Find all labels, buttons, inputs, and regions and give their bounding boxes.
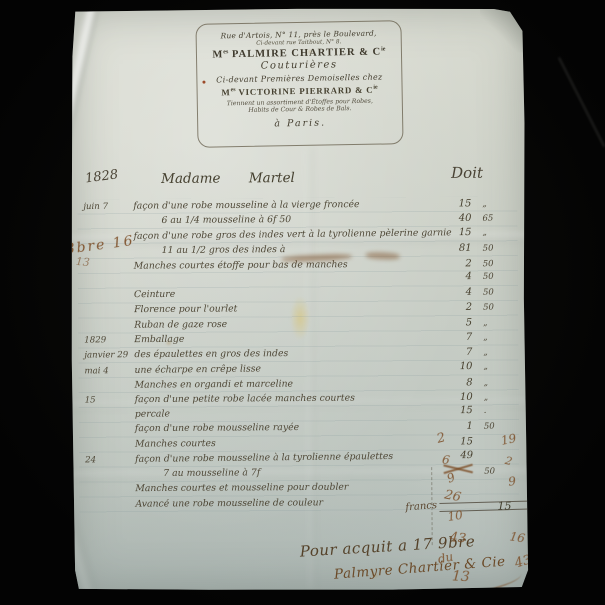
row-amount-francs: 5 bbox=[444, 316, 472, 330]
corner-fold-shade bbox=[480, 4, 528, 52]
row-amount-francs: 49 bbox=[445, 449, 473, 463]
row-description: percale bbox=[135, 408, 170, 422]
invoice-year: 1828 bbox=[84, 167, 119, 186]
row-description: façon d'une robe mousseline à la tyrolie… bbox=[135, 450, 393, 467]
row-amount-francs: 10 bbox=[444, 360, 472, 374]
row-amount-centimes: „ bbox=[483, 331, 509, 345]
row-amount-centimes: „ bbox=[483, 345, 509, 359]
firm2-main: VICTORINE PIERRARD & C bbox=[236, 85, 374, 97]
row-amount-francs: 2 bbox=[444, 301, 472, 315]
row-date: janvier 29 bbox=[84, 348, 132, 362]
row-amount-francs: 4 bbox=[444, 286, 472, 300]
row-date: 1829 bbox=[84, 333, 132, 347]
row-amount-francs: 4 bbox=[444, 270, 472, 284]
row-description: façon d'une robe mousseline rayée bbox=[135, 421, 299, 436]
doit-label: Doit bbox=[451, 164, 483, 182]
row-date bbox=[84, 274, 132, 275]
row-amount-centimes: „ bbox=[483, 359, 509, 373]
row-description: Ceinture bbox=[134, 288, 175, 302]
row-amount-centimes: „ bbox=[484, 390, 510, 404]
row-date: 15 bbox=[85, 393, 133, 407]
row-date: juin 7 bbox=[83, 200, 131, 214]
row-amount-centimes: 50 bbox=[483, 286, 509, 300]
firm-profession: Couturières bbox=[197, 58, 401, 73]
letterhead-cartouche: Rue d'Artois, N° 11, près le Boulevard, … bbox=[195, 20, 403, 148]
firm2-pre: M bbox=[221, 87, 230, 97]
row-amount-francs: 7 bbox=[444, 346, 472, 360]
margin-note-annotation: 13 bbox=[75, 255, 90, 269]
row-amount-centimes: 50 bbox=[484, 465, 510, 479]
row-description: une écharpe en crêpe lisse bbox=[134, 362, 261, 377]
row-amount-francs: 15 bbox=[445, 436, 473, 450]
paper-crease bbox=[49, 2, 100, 173]
row-amount-centimes: 50 bbox=[483, 257, 509, 271]
letterhead-city: à Paris. bbox=[198, 116, 402, 131]
row-description: Manches courtes et mousseline pour doubl… bbox=[135, 481, 348, 496]
row-description: Manches en organdi et marceline bbox=[135, 377, 294, 392]
row-amount-centimes: „ bbox=[484, 376, 510, 390]
firm1-pre: M bbox=[212, 49, 223, 60]
row-amount-centimes: „ bbox=[482, 225, 508, 239]
row-description: Manches courtes bbox=[135, 437, 216, 452]
row-amount-francs: 2 bbox=[444, 257, 472, 271]
row-amount-francs: 7 bbox=[444, 331, 472, 345]
row-amount-centimes: 50 bbox=[483, 301, 509, 315]
invoice-document: Rue d'Artois, N° 11, près le Boulevard, … bbox=[68, 6, 530, 593]
total-amount: 15 bbox=[497, 500, 511, 513]
client-name: Madame Martel bbox=[161, 170, 295, 187]
row-amount-francs: 81 bbox=[444, 241, 472, 255]
row-amount-centimes: 65 bbox=[482, 211, 508, 225]
row-description: des épaulettes en gros des indes bbox=[134, 347, 288, 362]
row-amount-francs: 15 bbox=[443, 226, 471, 240]
row-amount-centimes: 50 bbox=[483, 241, 509, 255]
photograph-background: Rue d'Artois, N° 11, près le Boulevard, … bbox=[0, 0, 605, 605]
row-date: 24 bbox=[85, 453, 133, 468]
row-description: 11 au 1/2 gros des indes à bbox=[162, 243, 286, 258]
row-amount-francs: 10 bbox=[445, 390, 473, 404]
background-scratch bbox=[558, 57, 605, 147]
row-amount-francs: 15 bbox=[445, 405, 473, 419]
row-amount-centimes: . bbox=[484, 404, 510, 418]
row-description: 7 au mousseline à 7f bbox=[163, 466, 260, 481]
row-date: mai 4 bbox=[84, 364, 132, 379]
row-date bbox=[83, 230, 131, 231]
ink-scribble: 9) bbox=[523, 575, 542, 596]
row-description: Emballage bbox=[134, 333, 184, 347]
row-amount-centimes: „ bbox=[483, 316, 509, 330]
row-description: façon d'une petite robe lacée manches co… bbox=[135, 391, 355, 407]
firm-name-secondary: Mes VICTORINE PIERRARD & Cie bbox=[198, 84, 402, 98]
row-amount-centimes: 50 bbox=[483, 270, 509, 284]
row-amount-francs: 8 bbox=[445, 376, 473, 390]
row-description: 6 au 1/4 mousseline à 6f 50 bbox=[161, 213, 291, 228]
row-amount-francs: 40 bbox=[443, 212, 471, 226]
row-date bbox=[85, 408, 133, 409]
row-amount-francs: 15 bbox=[443, 197, 471, 211]
row-amount-francs: 1 bbox=[445, 420, 473, 434]
row-amount-centimes: „ bbox=[482, 197, 508, 211]
firm-tagline: Ci-devant Premières Demoiselles chez bbox=[197, 72, 401, 85]
row-amount-centimes: 50 bbox=[484, 420, 510, 434]
row-description: façon d'une robe mousseline à la vierge … bbox=[133, 198, 359, 214]
firm1-sup2: ie bbox=[381, 46, 385, 52]
row-description: Ruban de gaze rose bbox=[134, 318, 227, 333]
row-description: Avancé une robe mousseline de couleur bbox=[135, 496, 323, 511]
row-description: Florence pour l'ourlet bbox=[134, 303, 237, 318]
firm2-sup2: ie bbox=[373, 85, 377, 91]
ledger-rows: juin 7 façon d'une robe mousseline à la … bbox=[69, 196, 529, 512]
